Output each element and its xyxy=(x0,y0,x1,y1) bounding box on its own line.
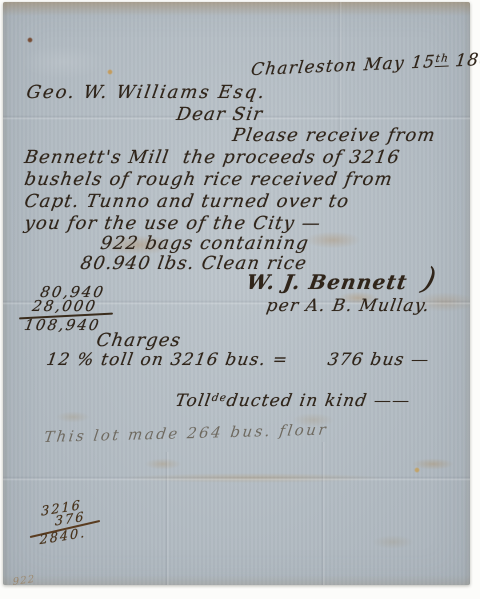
charges-heading: Charges xyxy=(95,330,183,351)
charges-line-1: 12 % toll on 3216 bus. = 376 bus — xyxy=(45,350,431,370)
fold-crease-vertical xyxy=(321,442,325,585)
letter-paper: Charleston May 15th 1865 Geo. W. William… xyxy=(3,2,470,585)
body-line-2: Bennett's Mill the proceeds of 3216 xyxy=(23,147,402,168)
body-line-4: Capt. Tunno and turned over to xyxy=(23,191,351,212)
charges-line-2-post: ducted in kind —— xyxy=(225,391,412,411)
weight-calc-total: 108,940 xyxy=(23,316,102,334)
corner-mark: 922 xyxy=(13,574,36,588)
fold-crease-horizontal xyxy=(3,476,470,481)
salutation: Dear Sir xyxy=(175,104,265,125)
dateline-city-month-day: Charleston May 15 xyxy=(250,52,437,80)
body-line-5: you for the use of the City — xyxy=(23,213,323,234)
scanned-letter-page: Charleston May 15th 1865 Geo. W. William… xyxy=(0,0,480,599)
body-line-6: 922 bags containing xyxy=(99,233,311,254)
pencil-note: This lot made 264 bus. flour xyxy=(43,420,329,446)
fold-crease-vertical xyxy=(165,452,169,585)
bushel-calc-result: 2840. xyxy=(40,526,87,549)
signature-per-line: per A. B. Mullay. xyxy=(265,296,432,316)
weight-calc-row2: 28,000 xyxy=(31,297,98,315)
signature-flourish: ) xyxy=(419,259,440,299)
body-line-1: Please receive from xyxy=(231,125,437,146)
recipient-line: Geo. W. Williams Esq. xyxy=(25,82,268,103)
body-line-3: bushels of rough rice received from xyxy=(23,169,395,190)
dateline-year: 1865 xyxy=(448,49,480,72)
signature-name: W. J. Bennett xyxy=(245,270,409,294)
charges-line-2-pre: Toll xyxy=(174,391,213,411)
